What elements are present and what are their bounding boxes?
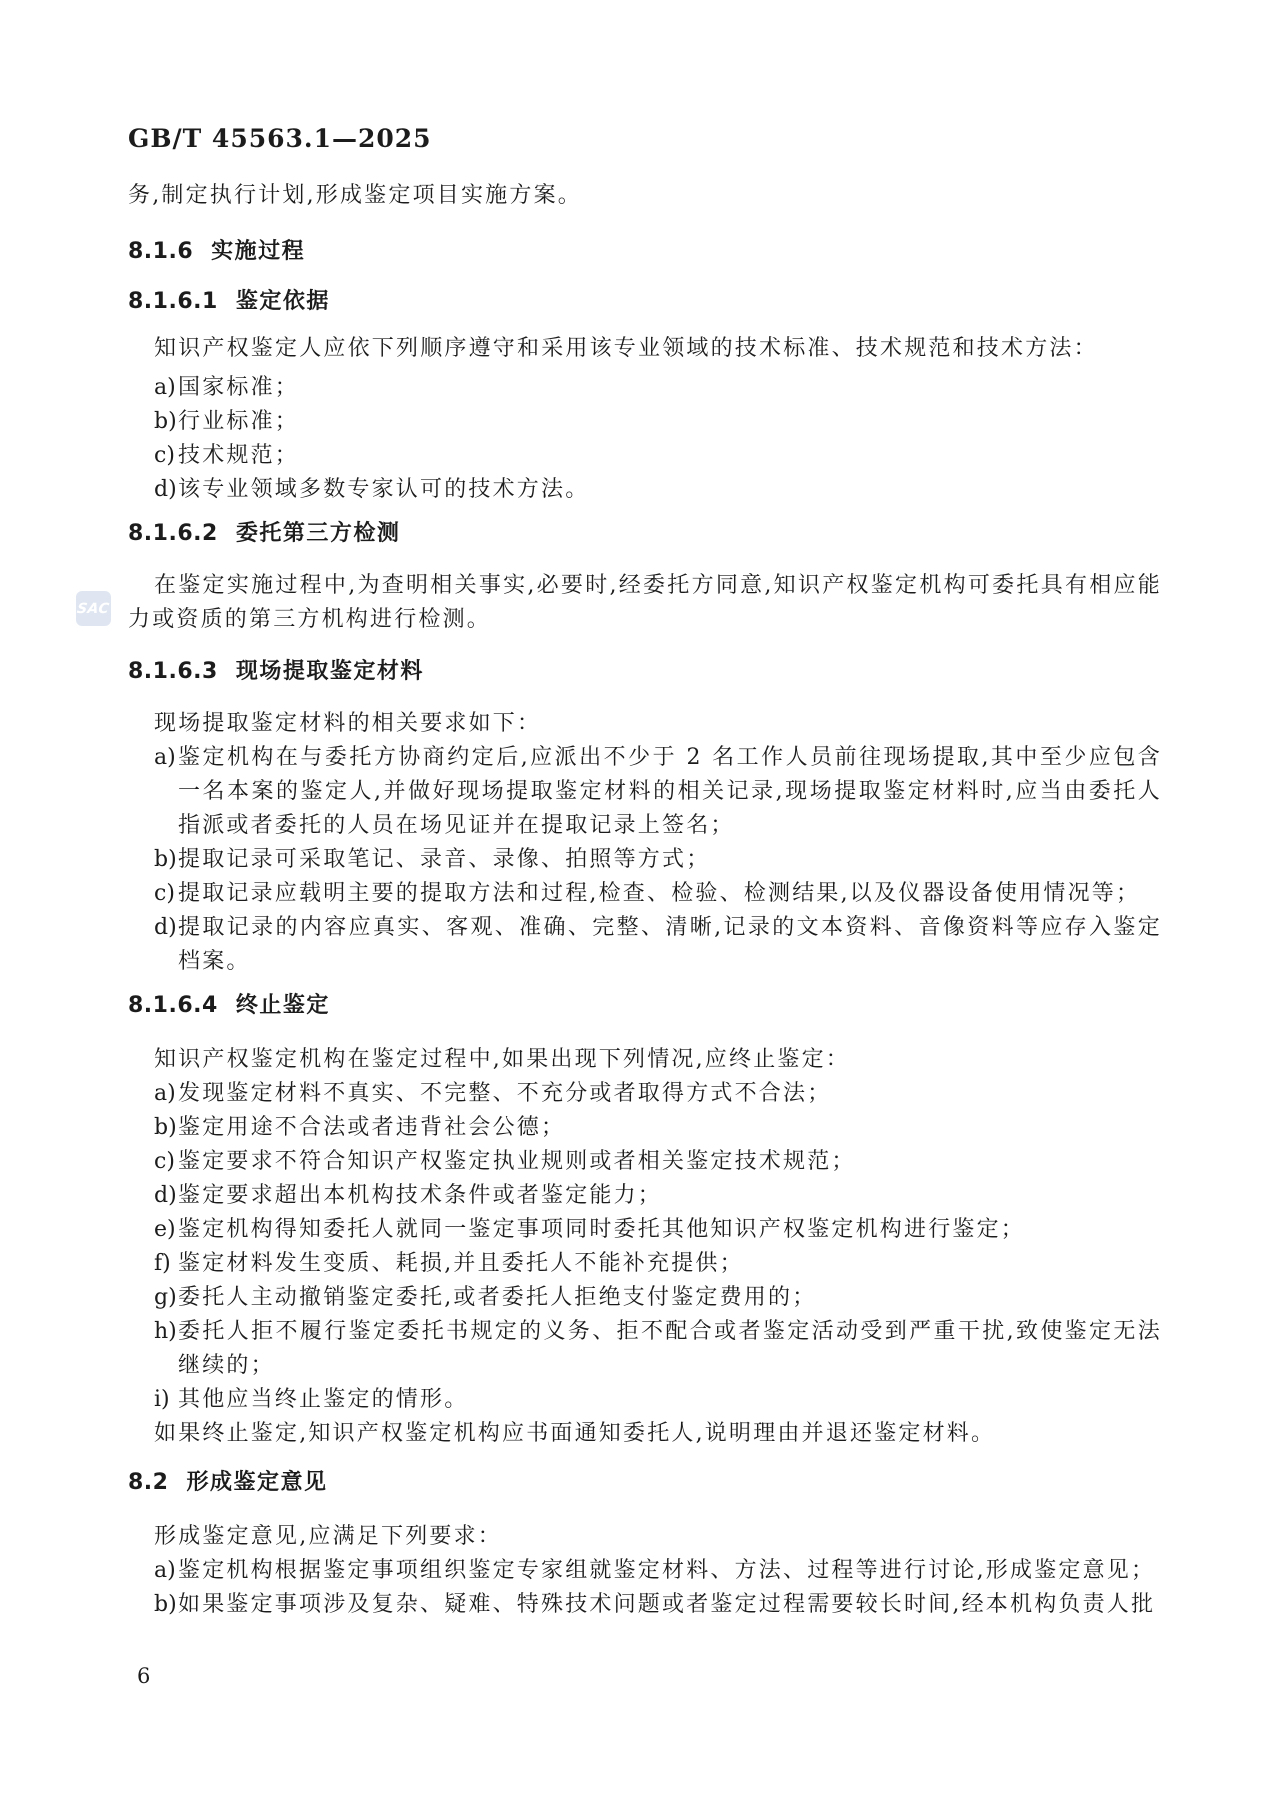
list-item: d)提取记录的内容应真实、客观、准确、完整、清晰,记录的文本资料、音像资料等应存… bbox=[128, 911, 1162, 979]
list-item: b)行业标准； bbox=[128, 405, 1162, 439]
list-item-label: f) bbox=[154, 1247, 171, 1281]
list-item-label: a) bbox=[154, 1554, 176, 1588]
list-item-label: c) bbox=[154, 877, 175, 911]
list-item: i)其他应当终止鉴定的情形。 bbox=[128, 1383, 1162, 1417]
list-item-text: 委托人拒不履行鉴定委托书规定的义务、拒不配合或者鉴定活动受到严重干扰,致使鉴定无… bbox=[178, 1319, 1162, 1378]
heading-8-1-6-4: 8.1.6.4终止鉴定 bbox=[128, 989, 1162, 1023]
list-item-text: 鉴定机构在与委托方协商约定后,应派出不少于 2 名工作人员前往现场提取,其中至少… bbox=[178, 745, 1162, 838]
heading-number: 8.1.6.2 bbox=[128, 521, 218, 546]
heading-number: 8.2 bbox=[128, 1470, 168, 1495]
list-item: c)鉴定要求不符合知识产权鉴定执业规则或者相关鉴定技术规范； bbox=[128, 1145, 1162, 1179]
sac-watermark-label: SAC bbox=[76, 601, 111, 617]
heading-title: 终止鉴定 bbox=[236, 993, 330, 1018]
list-item-label: e) bbox=[154, 1213, 176, 1247]
page-number: 6 bbox=[137, 1659, 150, 1693]
list-item-label: b) bbox=[154, 1588, 177, 1622]
list-item-text: 提取记录应载明主要的提取方法和过程,检查、检验、检测结果,以及仪器设备使用情况等… bbox=[178, 881, 1140, 906]
heading-8-2: 8.2形成鉴定意见 bbox=[128, 1466, 1162, 1500]
list-item: h)委托人拒不履行鉴定委托书规定的义务、拒不配合或者鉴定活动受到严重干扰,致使鉴… bbox=[128, 1315, 1162, 1383]
list-item-label: h) bbox=[154, 1315, 177, 1349]
heading-8-1-6-2: 8.1.6.2委托第三方检测 bbox=[128, 517, 1162, 551]
list-item-text: 提取记录的内容应真实、客观、准确、完整、清晰,记录的文本资料、音像资料等应存入鉴… bbox=[178, 915, 1162, 974]
list-item-text: 如果鉴定事项涉及复杂、疑难、特殊技术问题或者鉴定过程需要较长时间,经本机构负责人… bbox=[178, 1592, 1155, 1617]
heading-title: 鉴定依据 bbox=[236, 289, 330, 314]
list-item-label: a) bbox=[154, 741, 176, 775]
list-item: a)发现鉴定材料不真实、不完整、不充分或者取得方式不合法； bbox=[128, 1077, 1162, 1111]
list-item-text: 鉴定材料发生变质、耗损,并且委托人不能补充提供； bbox=[178, 1251, 744, 1276]
list-item: a)鉴定机构在与委托方协商约定后,应派出不少于 2 名工作人员前往现场提取,其中… bbox=[128, 741, 1162, 843]
lead-paragraph: 形成鉴定意见,应满足下列要求： bbox=[128, 1520, 1162, 1554]
intro-paragraph: 务,制定执行计划,形成鉴定项目实施方案。 bbox=[128, 179, 1162, 213]
lead-paragraph: 现场提取鉴定材料的相关要求如下： bbox=[128, 707, 1162, 741]
list-item: c)技术规范； bbox=[128, 439, 1162, 473]
list-item-text: 鉴定用途不合法或者违背社会公德； bbox=[178, 1115, 565, 1140]
list-item-text: 鉴定机构根据鉴定事项组织鉴定专家组就鉴定材料、方法、过程等进行讨论,形成鉴定意见… bbox=[178, 1558, 1155, 1583]
heading-title: 现场提取鉴定材料 bbox=[236, 659, 424, 684]
list-item: a)鉴定机构根据鉴定事项组织鉴定专家组就鉴定材料、方法、过程等进行讨论,形成鉴定… bbox=[128, 1554, 1162, 1588]
closing-paragraph: 如果终止鉴定,知识产权鉴定机构应书面通知委托人,说明理由并退还鉴定材料。 bbox=[128, 1417, 1162, 1451]
list-item-label: d) bbox=[154, 1179, 177, 1213]
list-item-text: 鉴定机构得知委托人就同一鉴定事项同时委托其他知识产权鉴定机构进行鉴定； bbox=[178, 1217, 1025, 1242]
list-item: d)该专业领域多数专家认可的技术方法。 bbox=[128, 473, 1162, 507]
list-item: b)如果鉴定事项涉及复杂、疑难、特殊技术问题或者鉴定过程需要较长时间,经本机构负… bbox=[128, 1588, 1162, 1622]
basis-list: a)国家标准； b)行业标准； c)技术规范； d)该专业领域多数专家认可的技术… bbox=[128, 371, 1162, 507]
list-item-text: 技术规范； bbox=[178, 443, 299, 468]
list-item-text: 行业标准； bbox=[178, 409, 299, 434]
list-item-text: 鉴定要求不符合知识产权鉴定执业规则或者相关鉴定技术规范； bbox=[178, 1149, 856, 1174]
lead-paragraph: 知识产权鉴定人应依下列顺序遵守和采用该专业领域的技术标准、技术规范和技术方法： bbox=[128, 332, 1162, 366]
list-item-text: 发现鉴定材料不真实、不完整、不充分或者取得方式不合法； bbox=[178, 1081, 831, 1106]
heading-title: 实施过程 bbox=[211, 239, 305, 264]
list-item-label: i) bbox=[154, 1383, 170, 1417]
sac-watermark-badge: SAC bbox=[76, 591, 111, 626]
list-item: f)鉴定材料发生变质、耗损,并且委托人不能补充提供； bbox=[128, 1247, 1162, 1281]
heading-8-1-6-3: 8.1.6.3现场提取鉴定材料 bbox=[128, 655, 1162, 689]
list-item-text: 委托人主动撤销鉴定委托,或者委托人拒绝支付鉴定费用的； bbox=[178, 1285, 816, 1310]
list-item: a)国家标准； bbox=[128, 371, 1162, 405]
list-item: b)鉴定用途不合法或者违背社会公德； bbox=[128, 1111, 1162, 1145]
list-item-text: 提取记录可采取笔记、录音、录像、拍照等方式； bbox=[178, 847, 710, 872]
list-item-text: 其他应当终止鉴定的情形。 bbox=[178, 1387, 468, 1412]
list-item-text: 该专业领域多数专家认可的技术方法。 bbox=[178, 477, 589, 502]
list-item-label: b) bbox=[154, 843, 177, 877]
list-item: d)鉴定要求超出本机构技术条件或者鉴定能力； bbox=[128, 1179, 1162, 1213]
heading-number: 8.1.6 bbox=[128, 239, 193, 264]
list-item-label: a) bbox=[154, 1077, 176, 1111]
heading-title: 形成鉴定意见 bbox=[186, 1470, 327, 1495]
standard-number: GB/T 45563.1—2025 bbox=[128, 122, 1162, 156]
list-item-label: b) bbox=[154, 405, 177, 439]
page-content: GB/T 45563.1—2025 务,制定执行计划,形成鉴定项目实施方案。 8… bbox=[0, 0, 1280, 1622]
list-item-label: d) bbox=[154, 911, 177, 945]
heading-8-1-6-1: 8.1.6.1鉴定依据 bbox=[128, 285, 1162, 319]
list-item-text: 国家标准； bbox=[178, 375, 299, 400]
list-item-label: b) bbox=[154, 1111, 177, 1145]
list-item: e)鉴定机构得知委托人就同一鉴定事项同时委托其他知识产权鉴定机构进行鉴定； bbox=[128, 1213, 1162, 1247]
lead-paragraph: 知识产权鉴定机构在鉴定过程中,如果出现下列情况,应终止鉴定： bbox=[128, 1043, 1162, 1077]
list-item-label: c) bbox=[154, 439, 175, 473]
list-item: b)提取记录可采取笔记、录音、录像、拍照等方式； bbox=[128, 843, 1162, 877]
heading-number: 8.1.6.4 bbox=[128, 993, 218, 1018]
heading-title: 委托第三方检测 bbox=[236, 521, 401, 546]
list-item: g)委托人主动撤销鉴定委托,或者委托人拒绝支付鉴定费用的； bbox=[128, 1281, 1162, 1315]
heading-number: 8.1.6.3 bbox=[128, 659, 218, 684]
list-item-text: 鉴定要求超出本机构技术条件或者鉴定能力； bbox=[178, 1183, 662, 1208]
opinion-list: a)鉴定机构根据鉴定事项组织鉴定专家组就鉴定材料、方法、过程等进行讨论,形成鉴定… bbox=[128, 1554, 1162, 1622]
document-page: SAC GB/T 45563.1—2025 务,制定执行计划,形成鉴定项目实施方… bbox=[0, 0, 1280, 1809]
list-item: c)提取记录应载明主要的提取方法和过程,检查、检验、检测结果,以及仪器设备使用情… bbox=[128, 877, 1162, 911]
list-item-label: d) bbox=[154, 473, 177, 507]
heading-number: 8.1.6.1 bbox=[128, 289, 218, 314]
heading-8-1-6: 8.1.6实施过程 bbox=[128, 235, 1162, 269]
onsite-list: a)鉴定机构在与委托方协商约定后,应派出不少于 2 名工作人员前往现场提取,其中… bbox=[128, 741, 1162, 979]
termination-list: a)发现鉴定材料不真实、不完整、不充分或者取得方式不合法； b)鉴定用途不合法或… bbox=[128, 1077, 1162, 1417]
list-item-label: a) bbox=[154, 371, 176, 405]
list-item-label: g) bbox=[154, 1281, 177, 1315]
list-item-label: c) bbox=[154, 1145, 175, 1179]
body-paragraph: 在鉴定实施过程中,为查明相关事实,必要时,经委托方同意,知识产权鉴定机构可委托具… bbox=[128, 569, 1162, 637]
